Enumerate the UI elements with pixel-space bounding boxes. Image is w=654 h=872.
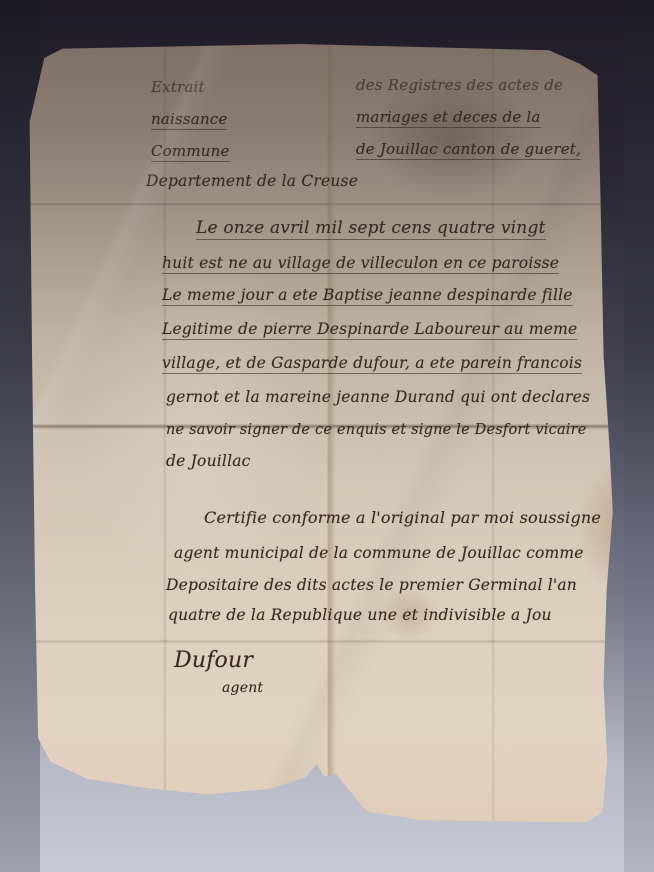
header-left-line-2: naissance [151,110,227,130]
document-paper: Extrait des Registres des actes de naiss… [26,44,634,824]
certification-line-4: quatre de la Republique une et indivisib… [168,606,552,624]
header-right-line-1: des Registres des actes de [356,76,563,94]
signature-title: agent [222,680,263,696]
certification-line-2: agent municipal de la commune de Jouilla… [174,544,584,562]
record-line-3: Le meme jour a ete Baptise jeanne despin… [162,286,573,306]
record-line-5: village, et de Gasparde dufour, a ete pa… [162,354,582,374]
record-line-6: gernot et la mareine jeanne Durand qui o… [166,388,590,406]
header-right-line-2: mariages et deces de la [356,108,541,128]
certification-line-1: Certifie conforme a l'original par moi s… [204,508,601,527]
header-right-line-3: de Jouillac canton de gueret, [356,140,581,160]
signature-name: Dufour [174,648,253,673]
certification-line-3: Depositaire des dits actes le premier Ge… [166,576,577,594]
header-left-line-1: Extrait [151,78,205,96]
record-line-4: Legitime de pierre Despinarde Laboureur … [162,320,577,340]
header-department-line: Departement de la Creuse [146,172,358,190]
record-line-8: de Jouillac [166,452,251,470]
record-line-7: ne savoir signer de ce enquis et signe l… [166,422,587,438]
header-left-line-3: Commune [151,142,230,162]
background-right [624,0,654,872]
record-line-1: Le onze avril mil sept cens quatre vingt [196,218,546,240]
record-line-2: huit est ne au village de villeculon en … [162,254,559,274]
